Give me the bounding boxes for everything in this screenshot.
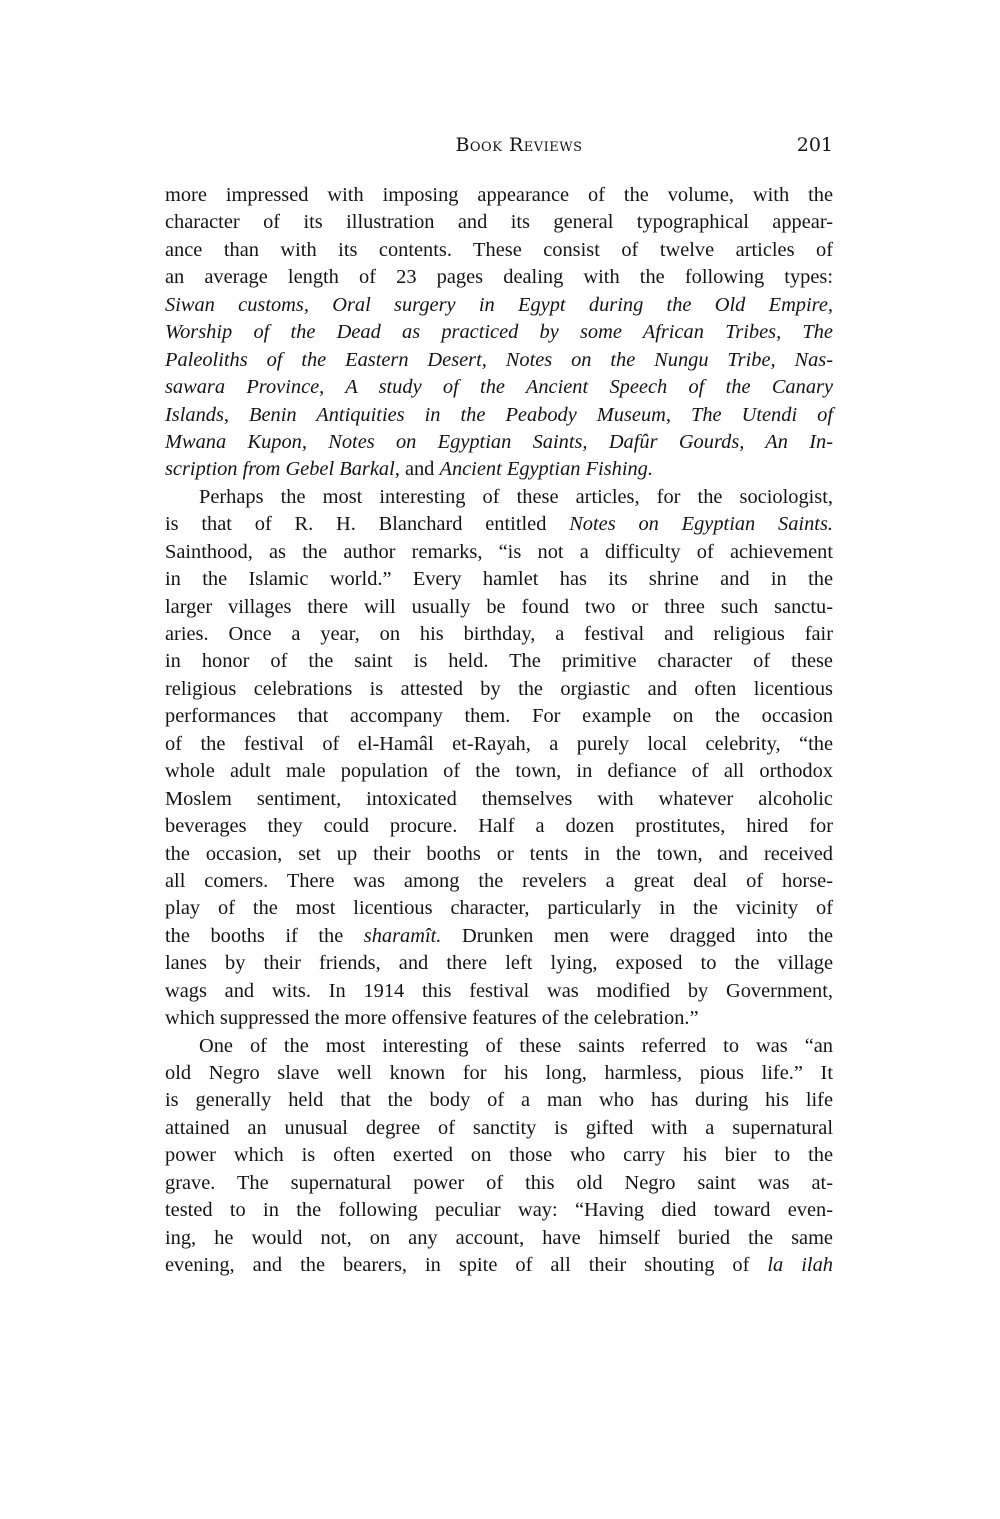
text-run: religious celebrations is attested by th… — [165, 678, 833, 700]
text-run: Moslem sentiment, intoxicated themselves… — [165, 788, 833, 810]
paragraph: One of the most interesting of these sai… — [165, 1033, 833, 1280]
text-line: in honor of the saint is held. The primi… — [165, 648, 833, 675]
text-run: larger villages there will usually be fo… — [165, 596, 833, 618]
running-title: Book Reviews — [165, 130, 833, 160]
text-line: beverages they could procure. Half a doz… — [165, 813, 833, 840]
text-line: One of the most interesting of these sai… — [165, 1033, 833, 1060]
text-line: aries. Once a year, on his birthday, a f… — [165, 621, 833, 648]
text-line: evening, and the bearers, in spite of al… — [165, 1252, 833, 1279]
text-run: beverages they could procure. Half a doz… — [165, 815, 833, 837]
italic-title: Paleoliths of the Eastern Desert, Notes … — [165, 349, 833, 371]
text-line: Paleoliths of the Eastern Desert, Notes … — [165, 347, 833, 374]
text-run: whole adult male population of the town,… — [165, 760, 833, 782]
italic-title: Notes on Egyptian Saints. — [569, 513, 833, 535]
text-line: lanes by their friends, and there left l… — [165, 950, 833, 977]
text-line: Worship of the Dead as practiced by some… — [165, 319, 833, 346]
text-run: in honor of the saint is held. The primi… — [165, 650, 833, 672]
text-line: Siwan customs, Oral surgery in Egypt dur… — [165, 292, 833, 319]
text-run: wags and wits. In 1914 this festival was… — [165, 980, 833, 1002]
italic-title: sawara Province, A study of the Ancient … — [165, 376, 833, 398]
text-run: One of the most interesting of these sai… — [199, 1035, 833, 1057]
text-run: evening, and the bearers, in spite of al… — [165, 1254, 767, 1276]
text-line: Moslem sentiment, intoxicated themselves… — [165, 786, 833, 813]
text-run: aries. Once a year, on his birthday, a f… — [165, 623, 833, 645]
italic-title: Worship of the Dead as practiced by some… — [165, 321, 833, 343]
text-line: ance than with its contents. These consi… — [165, 237, 833, 264]
text-run: character of its illustration and its ge… — [165, 211, 833, 233]
text-line: attained an unusual degree of sanctity i… — [165, 1115, 833, 1142]
review-body-text: more impressed with imposing appearance … — [165, 182, 833, 1280]
text-run: attained an unusual degree of sanctity i… — [165, 1117, 833, 1139]
text-run: more impressed with imposing appearance … — [165, 184, 833, 206]
text-line: is that of R. H. Blanchard entitled Note… — [165, 511, 833, 538]
text-line: grave. The supernatural power of this ol… — [165, 1170, 833, 1197]
text-run: which suppressed the more offensive feat… — [165, 1007, 699, 1029]
text-line: tested to in the following peculiar way:… — [165, 1197, 833, 1224]
text-line: in the Islamic world.” Every hamlet has … — [165, 566, 833, 593]
text-line: Islands, Benin Antiquities in the Peabod… — [165, 402, 833, 429]
text-run: all comers. There was among the revelers… — [165, 870, 833, 892]
italic-title: Ancient Egyptian Fishing. — [439, 458, 653, 480]
text-line: the occasion, set up their booths or ten… — [165, 841, 833, 868]
text-run: grave. The supernatural power of this ol… — [165, 1172, 833, 1194]
running-header: Book Reviews 201 — [165, 130, 833, 166]
text-line: performances that accompany them. For ex… — [165, 703, 833, 730]
text-line: power which is often exerted on those wh… — [165, 1142, 833, 1169]
paragraph: more impressed with imposing appearance … — [165, 182, 833, 484]
text-run: performances that accompany them. For ex… — [165, 705, 833, 727]
text-line: ing, he would not, on any account, have … — [165, 1225, 833, 1252]
italic-title: Siwan customs, Oral surgery in Egypt dur… — [165, 294, 833, 316]
text-run: of the festival of el-Hamâl et-Rayah, a … — [165, 733, 833, 755]
text-run: Perhaps the most interesting of these ar… — [199, 486, 833, 508]
text-line: sawara Province, A study of the Ancient … — [165, 374, 833, 401]
text-run: Sainthood, as the author remarks, “is no… — [165, 541, 833, 563]
text-line: wags and wits. In 1914 this festival was… — [165, 978, 833, 1005]
text-line: an average length of 23 pages dealing wi… — [165, 264, 833, 291]
book-page: Book Reviews 201 more impressed with imp… — [165, 130, 833, 1280]
text-line: of the festival of el-Hamâl et-Rayah, a … — [165, 731, 833, 758]
text-line: which suppressed the more offensive feat… — [165, 1005, 833, 1032]
text-run: is generally held that the body of a man… — [165, 1089, 833, 1111]
italic-title: sharamît. — [364, 925, 442, 947]
text-run: play of the most licentious character, p… — [165, 897, 833, 919]
text-line: larger villages there will usually be fo… — [165, 594, 833, 621]
text-run: an average length of 23 pages dealing wi… — [165, 266, 833, 288]
text-line: all comers. There was among the revelers… — [165, 868, 833, 895]
text-run: power which is often exerted on those wh… — [165, 1144, 833, 1166]
text-line: scription from Gebel Barkal, and Ancient… — [165, 456, 833, 483]
text-run: tested to in the following peculiar way:… — [165, 1199, 833, 1221]
text-line: character of its illustration and its ge… — [165, 209, 833, 236]
page-number: 201 — [797, 130, 833, 160]
text-line: Perhaps the most interesting of these ar… — [165, 484, 833, 511]
text-line: Sainthood, as the author remarks, “is no… — [165, 539, 833, 566]
text-run: is that of R. H. Blanchard entitled — [165, 513, 569, 535]
text-run: ance than with its contents. These consi… — [165, 239, 833, 261]
italic-title: scription from Gebel Barkal, — [165, 458, 400, 480]
text-run: old Negro slave well known for his long,… — [165, 1062, 833, 1084]
text-line: religious celebrations is attested by th… — [165, 676, 833, 703]
text-line: whole adult male population of the town,… — [165, 758, 833, 785]
text-run: Drunken men were dragged into the — [441, 925, 833, 947]
text-line: old Negro slave well known for his long,… — [165, 1060, 833, 1087]
text-run: ing, he would not, on any account, have … — [165, 1227, 833, 1249]
paragraph: Perhaps the most interesting of these ar… — [165, 484, 833, 1033]
text-run: lanes by their friends, and there left l… — [165, 952, 833, 974]
italic-title: Mwana Kupon, Notes on Egyptian Saints, D… — [165, 431, 833, 453]
text-line: more impressed with imposing appearance … — [165, 182, 833, 209]
italic-title: Islands, Benin Antiquities in the Peabod… — [165, 404, 833, 426]
text-run: and — [400, 458, 440, 480]
text-line: Mwana Kupon, Notes on Egyptian Saints, D… — [165, 429, 833, 456]
italic-title: la ilah — [767, 1254, 833, 1276]
text-line: the booths if the sharamît. Drunken men … — [165, 923, 833, 950]
text-line: play of the most licentious character, p… — [165, 895, 833, 922]
text-run: the occasion, set up their booths or ten… — [165, 843, 833, 865]
text-run: in the Islamic world.” Every hamlet has … — [165, 568, 833, 590]
text-run: the booths if the — [165, 925, 364, 947]
text-line: is generally held that the body of a man… — [165, 1087, 833, 1114]
